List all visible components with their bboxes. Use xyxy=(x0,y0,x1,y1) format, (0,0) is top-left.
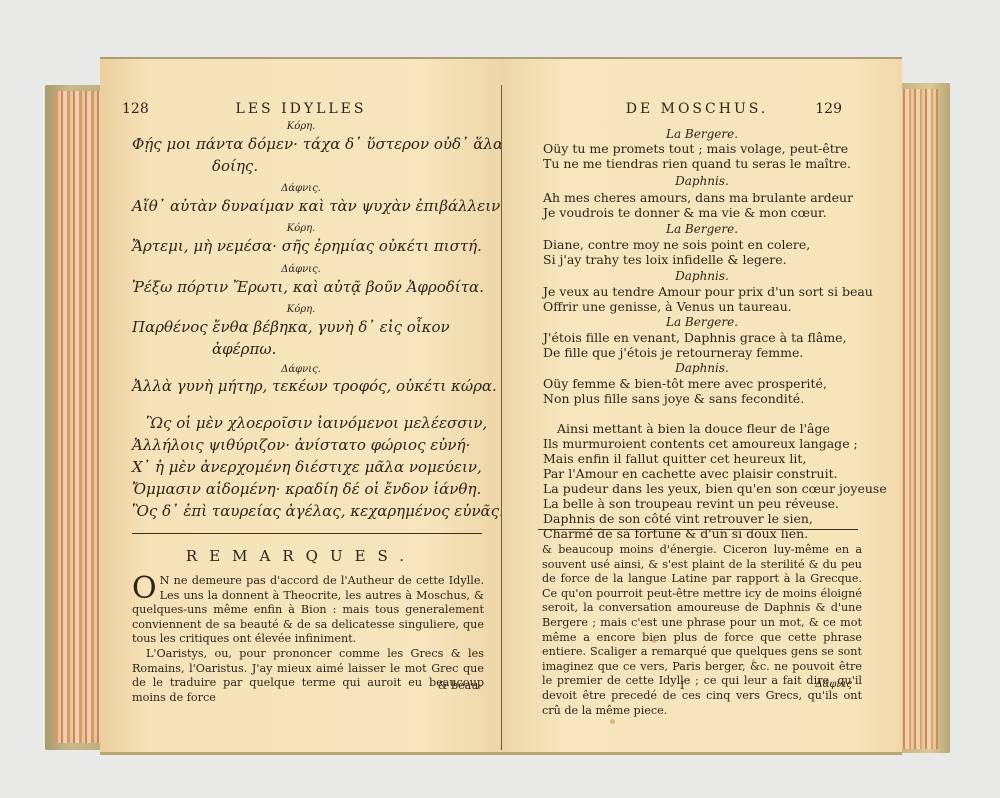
page-number-right: 129 xyxy=(815,101,842,117)
greek-verse: δοίης. xyxy=(212,157,258,175)
speaker-label: La Bergere. xyxy=(502,222,902,236)
page-edges-right xyxy=(900,89,938,749)
speaker-label: La Bergere. xyxy=(502,127,902,141)
french-verse: La belle à son troupeau revint un peu ré… xyxy=(543,496,839,511)
french-verse: Mais enfin il fallut quitter cet heureux… xyxy=(543,451,806,466)
greek-verse: Ὄμμασιν αἰδομένη· κραδίη δέ οἱ ἔνδον ἰάν… xyxy=(132,480,481,498)
remarques-heading: REMARQUES. xyxy=(100,547,502,565)
french-verse: Offrir une genisse, à Venus un taureau. xyxy=(543,299,792,314)
open-book: 128 LES IDYLLES Κόρη. Φῄς μοι πάντα δόμε… xyxy=(45,55,950,755)
french-verse: Ainsi mettant à bien la douce fleur de l… xyxy=(557,421,830,436)
french-verse: Ah mes cheres amours, dans ma brulante a… xyxy=(543,190,853,205)
french-verse: Je veux au tendre Amour pour prix d'un s… xyxy=(543,284,873,299)
remarques-paragraph: ON ne demeure pas d'accord de l'Autheur … xyxy=(132,574,484,647)
drop-cap: O xyxy=(132,576,157,602)
greek-verse: Χ᾽ ἡ μὲν ἀνερχομένη διέστιχε μᾶλα νομεύε… xyxy=(132,458,482,476)
speaker-label: Daphnis. xyxy=(502,361,902,375)
remarques-text: ON ne demeure pas d'accord de l'Autheur … xyxy=(132,574,484,705)
greek-verse: ἀφέρπω. xyxy=(212,340,276,358)
speaker-label: Daphnis. xyxy=(502,269,902,283)
right-page: DE MOSCHUS. 129 La Bergere. Oüy tu me pr… xyxy=(502,57,902,755)
speaker-label: Κόρη. xyxy=(100,223,502,234)
speaker-label: Δάφνις. xyxy=(100,264,502,275)
french-verse: J'étois fille en venant, Daphnis grace à… xyxy=(543,330,847,345)
french-verse: Si j'ay trahy tes loix infidelle & leger… xyxy=(543,252,787,267)
french-verse: Ils murmuroient contents cet amoureux la… xyxy=(543,436,858,451)
greek-verse: Ἄρτεμι, μὴ νεμέσα· σῆς ἐρημίας οὐκέτι πι… xyxy=(132,237,482,255)
speaker-label: Daphnis. xyxy=(502,174,902,188)
greek-verse: Ὃς δ᾽ ἐπὶ ταυρείας ἀγέλας, κεχαρημένος ε… xyxy=(132,502,504,520)
french-verse: Par l'Amour en cachette avec plaisir con… xyxy=(543,466,838,481)
greek-verse: Ἀλλήλοις ψιθύριζον· ἀνίστατο φώριος εὐνή… xyxy=(132,436,470,454)
greek-verse: Ῥέξω πόρτιν Ἔρωτι, καὶ αὐτᾷ βοῦν Ἀφροδίτ… xyxy=(132,278,484,296)
french-verse: Oüy tu me promets tout ; mais volage, pe… xyxy=(543,141,848,156)
signature-mark: I xyxy=(680,679,684,692)
greek-verse: Φῄς μοι πάντα δόμεν· τάχα δ᾽ ὕστερον οὐδ… xyxy=(132,135,503,153)
french-verse: La pudeur dans les yeux, bien qu'en son … xyxy=(543,481,887,496)
left-page: 128 LES IDYLLES Κόρη. Φῄς μοι πάντα δόμε… xyxy=(100,57,502,755)
running-head-left: LES IDYLLES xyxy=(100,101,502,117)
french-verse: Daphnis de son côté vint retrouver le si… xyxy=(543,511,813,526)
section-divider xyxy=(538,529,858,530)
remarques-text-continued: & beaucoup moins d'énergie. Ciceron luy-… xyxy=(542,543,862,718)
foxing-spot xyxy=(610,719,615,724)
speaker-label: Κόρη. xyxy=(100,121,502,132)
foxing-spot xyxy=(652,639,656,643)
greek-verse: Ἀλλὰ γυνὴ μήτηρ, τεκέων τροφός, οὐκέτι κ… xyxy=(132,377,497,395)
french-verse: Diane, contre moy ne sois point en coler… xyxy=(543,237,810,252)
speaker-label: Δάφνις. xyxy=(100,364,502,375)
foxing-spot xyxy=(752,659,755,662)
french-verse: Tu ne me tiendras rien quand tu seras le… xyxy=(543,156,851,171)
catchword: Δάφνις xyxy=(815,679,852,690)
french-verse: Non plus fille sans joye & sans fecondit… xyxy=(543,391,804,406)
catchword: & beau- xyxy=(438,679,482,692)
greek-verse: Παρθένος ἔνθα βέβηκα, γυνὴ δ᾽ εἰς οἶκον xyxy=(132,318,450,336)
speaker-label: Κόρη. xyxy=(100,304,502,315)
french-verse: Oüy femme & bien-tôt mere avec prosperit… xyxy=(543,376,827,391)
french-verse: Je voudrois te donner & ma vie & mon cœu… xyxy=(543,205,827,220)
remarques-paragraph: L'Oaristys, ou, pour prononcer comme les… xyxy=(132,647,484,705)
greek-verse: Ὣς οἱ μὲν χλοεροῖσιν ἰαινόμενοι μελέεσσι… xyxy=(146,414,487,432)
speaker-label: La Bergere. xyxy=(502,315,902,329)
speaker-label: Δάφνις. xyxy=(100,183,502,194)
french-verse: De fille que j'étois je retourneray femm… xyxy=(543,345,803,360)
greek-verse: Αἴθ᾽ αὐτὰν δυναίμαν καὶ τὰν ψυχὰν ἐπιβάλ… xyxy=(132,197,505,215)
section-divider xyxy=(132,533,482,534)
page-edges-left xyxy=(55,91,105,743)
